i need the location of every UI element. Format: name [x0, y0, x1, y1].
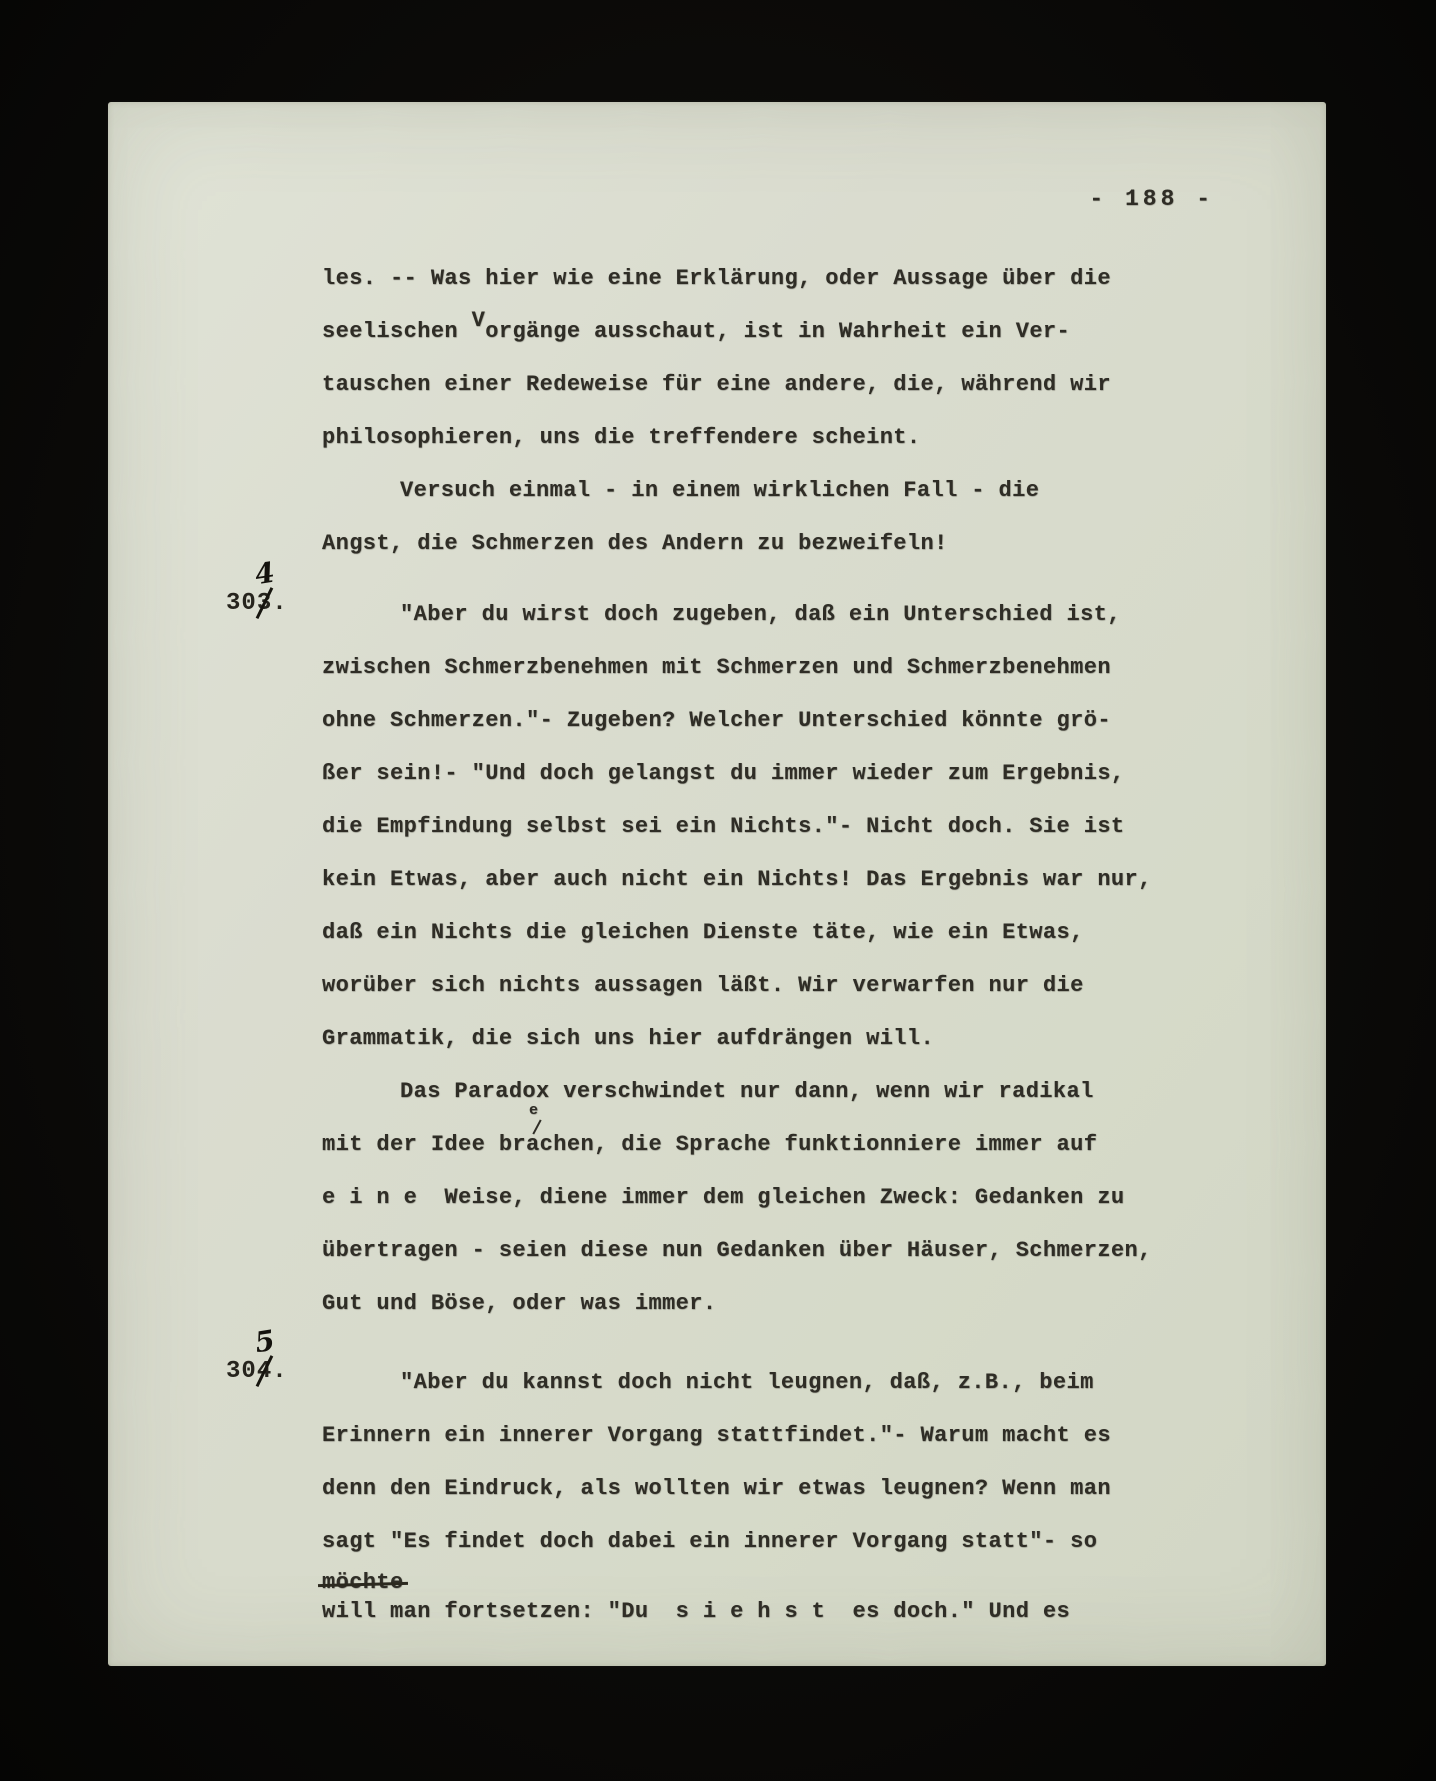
text-line: Das Paradox verschwindet nur dann, wenn …	[322, 1065, 1172, 1118]
text-line: Erinnern ein innerer Vorgang stattfindet…	[322, 1409, 1172, 1462]
paragraph: Das Paradox verschwindet nur dann, wenn …	[322, 1065, 1172, 1330]
text-body: les. -- Was hier wie eine Erklärung, ode…	[322, 252, 1172, 1626]
text-line: "Aber du kannst doch nicht leugnen, daß,…	[322, 1356, 1172, 1409]
text-line: seelischen Vorgänge ausschaut, ist in Wa…	[322, 305, 1172, 358]
document-page: - 188 - les. -- Was hier wie eine Erklär…	[108, 102, 1326, 1666]
margin-section-number: 303.4	[226, 590, 288, 617]
text-line: e i n e Weise, diene immer dem gleichen …	[322, 1171, 1172, 1224]
struck-digit: 3	[257, 590, 272, 617]
text-line: Versuch einmal - in einem wirklichen Fal…	[322, 464, 1172, 517]
text-line: ohne Schmerzen."- Zugeben? Welcher Unter…	[322, 694, 1172, 747]
text-line: sagt "Es findet doch dabei ein innerer V…	[322, 1515, 1172, 1568]
struck-digit: 4	[257, 1358, 272, 1385]
text-line: ßer sein!- "Und doch gelangst du immer w…	[322, 747, 1172, 800]
text-line: tauschen einer Redeweise für eine andere…	[322, 358, 1172, 411]
text-line: mit der Idee braechen, die Sprache funkt…	[322, 1118, 1172, 1171]
paragraph: 303.4"Aber du wirst doch zugeben, daß ei…	[322, 588, 1172, 1065]
text-line: Angst, die Schmerzen des Andern zu bezwe…	[322, 517, 1172, 570]
paragraph: 304.5"Aber du kannst doch nicht leugnen,…	[322, 1356, 1172, 1626]
paragraph: Versuch einmal - in einem wirklichen Fal…	[322, 464, 1172, 570]
typed-correction-letter: e	[529, 1103, 538, 1118]
paragraph: les. -- Was hier wie eine Erklärung, ode…	[322, 252, 1172, 464]
text-line: zwischen Schmerzbenehmen mit Schmerzen u…	[322, 641, 1172, 694]
text-line: les. -- Was hier wie eine Erklärung, ode…	[322, 252, 1172, 305]
text-line: will man fortsetzen: "Du s i e h s t es …	[322, 1597, 1172, 1626]
text-line: philosophieren, uns die treffendere sche…	[322, 411, 1172, 464]
text-line: "Aber du wirst doch zugeben, daß ein Unt…	[322, 588, 1172, 641]
text-line: Gut und Böse, oder was immer.	[322, 1277, 1172, 1330]
page-number: - 188 -	[1089, 186, 1214, 212]
handwritten-number: 5	[253, 1324, 277, 1360]
text-line: denn den Eindruck, als wollten wir etwas…	[322, 1462, 1172, 1515]
text-line: die Empfindung selbst sei ein Nichts."- …	[322, 800, 1172, 853]
text-line: übertragen - seien diese nun Gedanken üb…	[322, 1224, 1172, 1277]
margin-section-number: 304.5	[226, 1358, 288, 1385]
scan-background: - 188 - les. -- Was hier wie eine Erklär…	[0, 0, 1436, 1781]
text-line: kein Etwas, aber auch nicht ein Nichts! …	[322, 853, 1172, 906]
text-line: worüber sich nichts aussagen läßt. Wir v…	[322, 959, 1172, 1012]
handwritten-number: 4	[253, 556, 277, 592]
text-line: möchte	[322, 1568, 1172, 1597]
text-line: Grammatik, die sich uns hier aufdrängen …	[322, 1012, 1172, 1065]
text-line: daß ein Nichts die gleichen Dienste täte…	[322, 906, 1172, 959]
